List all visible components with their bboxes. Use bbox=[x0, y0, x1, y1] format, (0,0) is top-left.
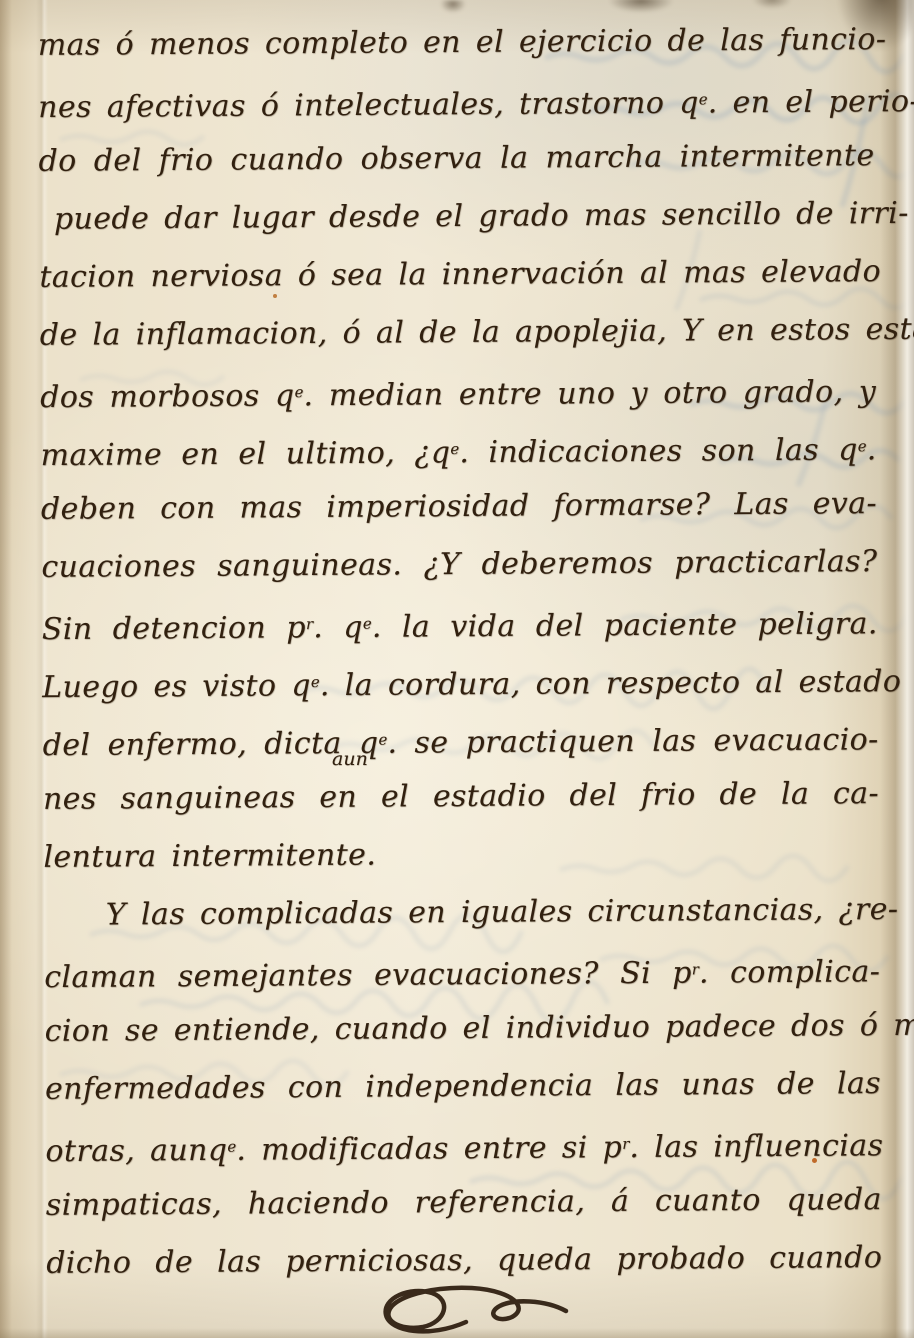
manuscript-line: otras, aunqe. modificadas entre si pr. l… bbox=[45, 1113, 881, 1177]
manuscript-line: nes afectivas ó intelectuales, trastorno… bbox=[38, 69, 874, 133]
ink-smudge bbox=[752, 0, 792, 9]
manuscript-line: do del frio cuando observa la marcha int… bbox=[38, 127, 874, 191]
manuscript-page: mas ó menos completo en el ejercicio de … bbox=[0, 0, 914, 1338]
manuscript-line: nes sanguineas en el estadio del frio de… bbox=[43, 765, 879, 829]
manuscript-line: cuaciones sanguineas. ¿Y deberemos pract… bbox=[41, 533, 877, 597]
manuscript-line: lentura intermitente. bbox=[43, 823, 879, 887]
manuscript-line: simpaticas, haciendo referencia, á cuant… bbox=[46, 1171, 882, 1235]
manuscript-line: Luego es visto qe. la cordura, con respe… bbox=[42, 649, 878, 713]
handwritten-text: mas ó menos completo en el ejercicio de … bbox=[38, 11, 883, 1293]
manuscript-line: enfermedades con independencia las unas … bbox=[45, 1055, 881, 1119]
manuscript-line: dos morbosos qe. median entre uno y otro… bbox=[40, 359, 876, 423]
ink-smudge bbox=[440, 0, 466, 13]
ink-smudge bbox=[608, 0, 674, 13]
manuscript-line: mas ó menos completo en el ejercicio de … bbox=[38, 11, 874, 75]
interlinear-insertion: aun bbox=[332, 748, 368, 770]
manuscript-line: puede dar lugar desde el grado mas senci… bbox=[39, 185, 875, 249]
manuscript-line: maxime en el ultimo, ¿qe. indicaciones s… bbox=[40, 417, 876, 481]
rubric-stroke bbox=[386, 1288, 566, 1332]
manuscript-line: cion se entiende, cuando el individuo pa… bbox=[44, 997, 880, 1061]
manuscript-line: Y las complicadas en iguales circunstanc… bbox=[44, 881, 880, 945]
manuscript-line: deben con mas imperiosidad formarse? Las… bbox=[41, 475, 877, 539]
manuscript-scan: { "document": { "kind": "handwritten-man… bbox=[0, 0, 914, 1338]
manuscript-line: tacion nerviosa ó sea la innervación al … bbox=[39, 243, 875, 307]
page-edge-left bbox=[0, 0, 12, 1338]
manuscript-line: del enfermo, dicta qe. se practiquen las… bbox=[42, 707, 878, 771]
manuscript-line: de la inflamacion, ó al de la apoplejia,… bbox=[40, 301, 876, 365]
rubric-flourish bbox=[348, 1272, 588, 1338]
manuscript-line: Sin detencion pr. qe. la vida del pacien… bbox=[42, 591, 878, 655]
manuscript-line: claman semejantes evacuaciones? Si pr. c… bbox=[44, 939, 880, 1003]
